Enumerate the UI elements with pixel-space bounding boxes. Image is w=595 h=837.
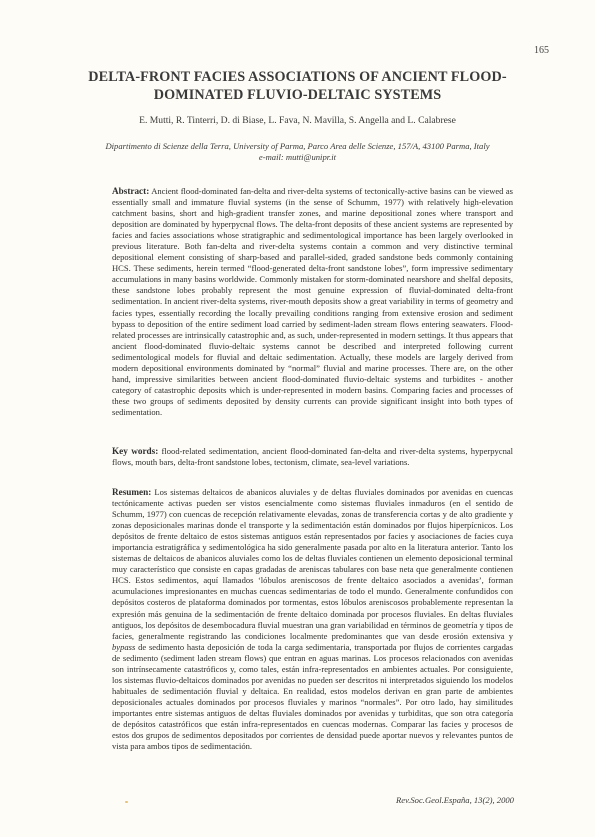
author-list: E. Mutti, R. Tinterri, D. di Biase, L. F… bbox=[0, 115, 595, 126]
affiliation: Dipartimento di Scienze della Terra, Uni… bbox=[0, 141, 595, 163]
resumen-text: Los sistemas deltaicos de abanicos aluvi… bbox=[112, 487, 513, 641]
abstract-text: Ancient flood-dominated fan-delta and ri… bbox=[112, 186, 513, 417]
abstract-label: Abstract: bbox=[112, 186, 149, 196]
abstract-section: Abstract: Ancient flood-dominated fan-de… bbox=[112, 186, 513, 418]
resumen-italic-term: bypass bbox=[112, 642, 135, 652]
affiliation-email: e-mail: mutti@unipr.it bbox=[259, 152, 336, 162]
affiliation-address: Dipartimento di Scienze della Terra, Uni… bbox=[105, 141, 489, 151]
page-number: 165 bbox=[534, 45, 549, 56]
keywords-label: Key words: bbox=[112, 446, 158, 456]
resumen-label: Resumen: bbox=[112, 487, 151, 497]
keywords-section: Key words: flood-related sedimentation, … bbox=[112, 446, 513, 468]
title-line-1: DELTA-FRONT FACIES ASSOCIATIONS OF ANCIE… bbox=[88, 69, 506, 85]
paper-title: DELTA-FRONT FACIES ASSOCIATIONS OF ANCIE… bbox=[0, 68, 595, 104]
title-line-2: DOMINATED FLUVIO-DELTAIC SYSTEMS bbox=[154, 87, 442, 103]
resumen-section: Resumen: Los sistemas deltaicos de abani… bbox=[112, 487, 513, 752]
scan-speck bbox=[125, 801, 128, 803]
resumen-text-continued: de sedimento hasta deposición de toda la… bbox=[112, 642, 513, 751]
keywords-text: flood-related sedimentation, ancient flo… bbox=[112, 446, 513, 467]
journal-reference: Rev.Soc.Geol.España, 13(2), 2000 bbox=[396, 795, 514, 805]
